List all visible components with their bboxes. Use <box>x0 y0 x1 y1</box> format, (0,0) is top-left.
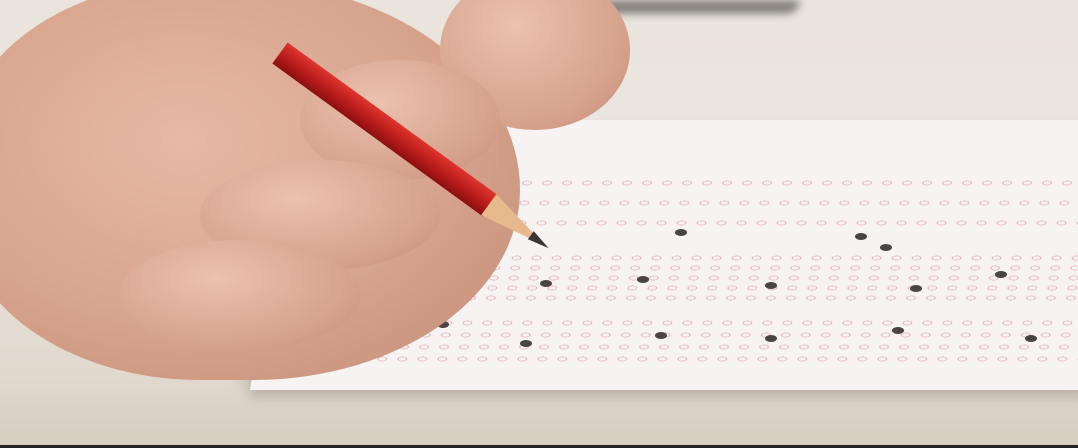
filled-bubble <box>765 282 777 289</box>
filled-bubble <box>655 332 667 339</box>
finger <box>120 240 360 350</box>
filled-bubble <box>910 285 922 292</box>
filled-bubble <box>995 271 1007 278</box>
filled-bubble <box>765 335 777 342</box>
filled-bubble <box>540 280 552 287</box>
filled-bubble <box>892 327 904 334</box>
filled-bubble <box>880 244 892 251</box>
filled-bubble <box>855 233 867 240</box>
filled-bubble <box>637 276 649 283</box>
desk-surface <box>0 390 1078 448</box>
photo-scene <box>0 0 1078 448</box>
filled-bubble <box>1025 335 1037 342</box>
filled-bubble <box>520 340 532 347</box>
filled-bubble <box>675 229 687 236</box>
